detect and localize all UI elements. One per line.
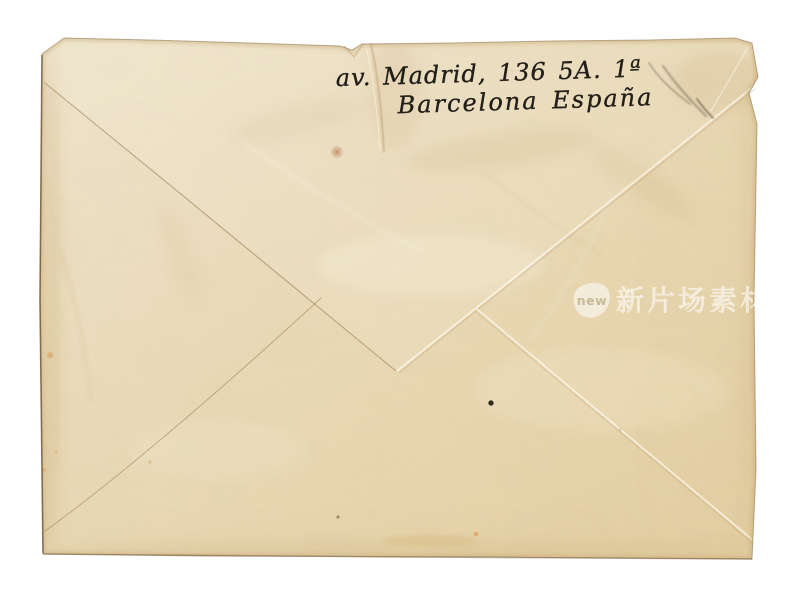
envelope-illustration: av. Madrid, 136 5A. 1ª Barcelona España … (0, 0, 800, 601)
watermark-text: 新片场素材 (616, 284, 771, 317)
stock-photo-envelope-back: av. Madrid, 136 5A. 1ª Barcelona España … (0, 0, 800, 601)
new-badge-label: new (577, 293, 607, 308)
watermark: new 新片场素材 (573, 283, 771, 318)
ink-speck (488, 400, 493, 405)
